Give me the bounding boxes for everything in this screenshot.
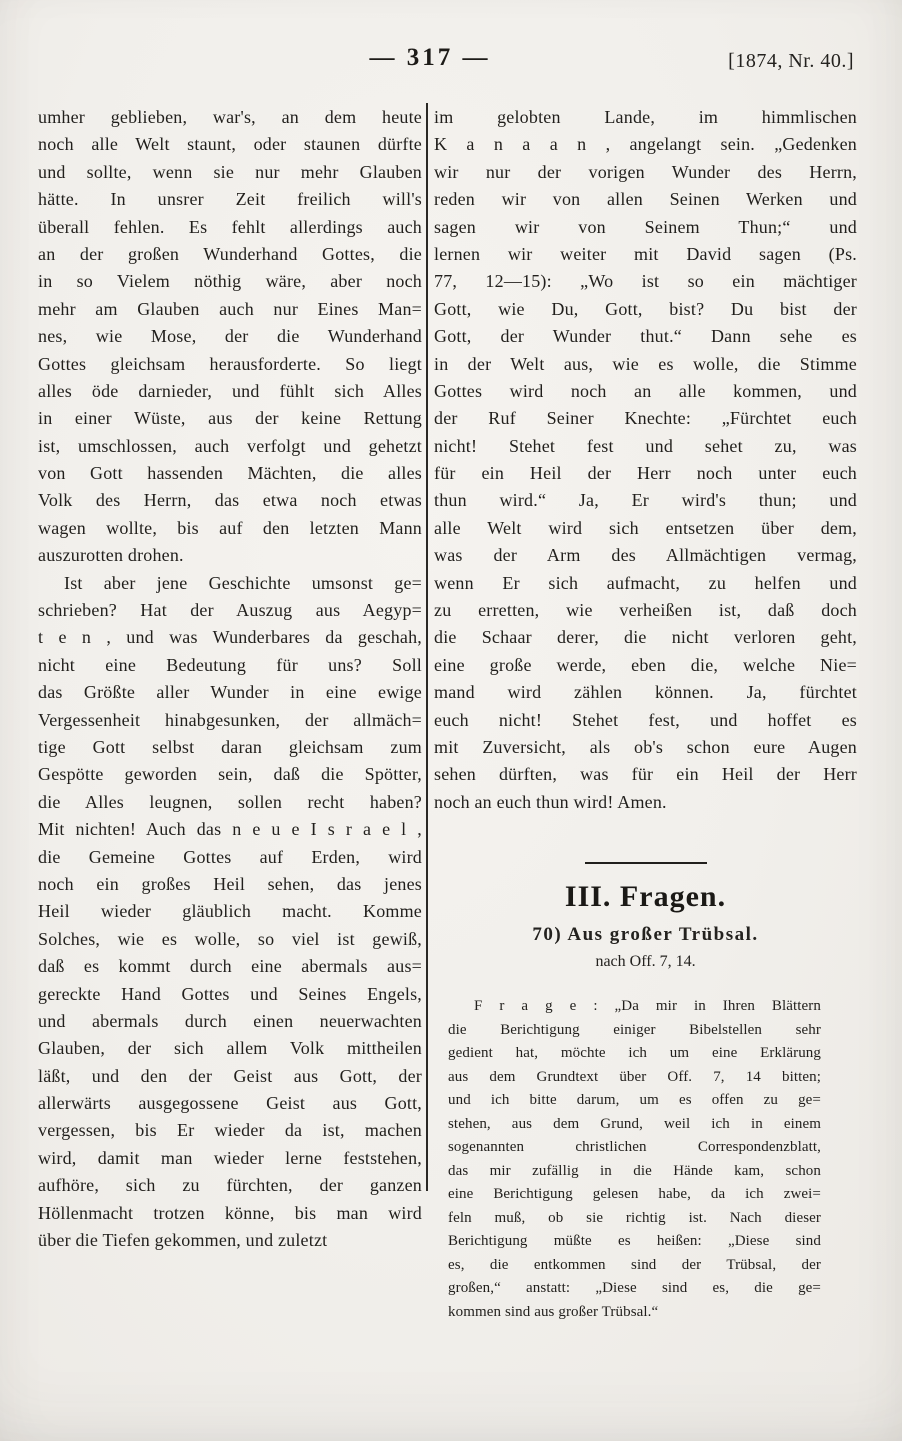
text-line: nicht! Stehet fest und sehet zu, was: [434, 433, 857, 460]
text-line: F r a g e : „Da mir in Ihren Blättern: [448, 995, 821, 1019]
text-line: wenn Er sich aufmacht, zu helfen und: [434, 570, 857, 597]
text-line: K a n a a n , angelangt sein. „Gedenken: [434, 131, 857, 158]
section-reference: nach Off. 7, 14.: [434, 951, 857, 973]
text-line: euch nicht! Stehet fest, und hoffet es: [434, 707, 857, 734]
text-line: daß es kommt durch eine abermals aus=: [38, 953, 422, 980]
text-line: stehen, aus dem Grund, weil ich in einem: [448, 1113, 821, 1137]
text-line: und sollte, wenn sie nur mehr Glauben: [38, 159, 422, 186]
text-line: sogenannten christlichen Correspondenzbl…: [448, 1136, 821, 1160]
text-line: Solches, wie es wolle, so viel ist gewiß…: [38, 926, 422, 953]
text-line: läßt, und den der Geist aus Gott, der: [38, 1063, 422, 1090]
text-line: noch ein großes Heil sehen, das jenes: [38, 871, 422, 898]
paragraph: umher geblieben, war's, an dem heutenoch…: [38, 104, 422, 570]
text-line: reden wir von allen Seinen Werken und: [434, 186, 857, 213]
issue-label: [1874, Nr. 40.]: [728, 50, 854, 73]
sermon-text: im gelobten Lande, im himmlischenK a n a…: [434, 104, 857, 816]
text-line: aus dem Grundtext über Off. 7, 14 bitten…: [448, 1066, 821, 1090]
text-line: für ein Heil der Herr noch unter euch: [434, 460, 857, 487]
text-line: in einer Wüste, aus der keine Rettung: [38, 405, 422, 432]
text-line: Ist aber jene Geschichte umsonst ge=: [38, 570, 422, 597]
text-line: die Alles leugnen, sollen recht haben?: [38, 789, 422, 816]
text-line: eine Berichtigung gelesen habe, da ich z…: [448, 1183, 821, 1207]
paragraph: Ist aber jene Geschichte umsonst ge=schr…: [38, 570, 422, 1255]
section-divider-rule: [585, 862, 707, 864]
text-line: mit Zuversicht, als ob's schon eure Auge…: [434, 734, 857, 761]
text-line: wagen wollte, bis auf den letzten Mann: [38, 515, 422, 542]
text-line: hätte. In unsrer Zeit freilich will's: [38, 186, 422, 213]
text-line: gereckte Hand Gottes und Seines Engels,: [38, 981, 422, 1008]
text-line: vergessen, bis Er wieder da ist, machen: [38, 1117, 422, 1144]
text-line: und abermals durch einen neuerwachten: [38, 1008, 422, 1035]
text-line: thun wird.“ Ja, Er wird's thun; und: [434, 487, 857, 514]
text-line: Vergessenheit hinabgesunken, der allmäch…: [38, 707, 422, 734]
text-line: nicht eine Bedeutung für uns? Soll: [38, 652, 422, 679]
text-line: und ich bitte darum, um es offen zu ge=: [448, 1089, 821, 1113]
text-line: Berichtigung müßte es heißen: „Diese sin…: [448, 1230, 821, 1254]
text-line: die Gemeine Gottes auf Erden, wird: [38, 844, 422, 871]
text-line: Mit nichten! Auch das n e u e I s r a e …: [38, 816, 422, 843]
text-line: Höllenmacht trotzen könne, bis man wird: [38, 1200, 422, 1227]
text-line: mehr am Glauben auch nur Eines Man=: [38, 296, 422, 323]
text-line: 77, 12—15): „Wo ist so ein mächtiger: [434, 268, 857, 295]
text-line: noch alle Welt staunt, oder staunen dürf…: [38, 131, 422, 158]
text-line: umher geblieben, war's, an dem heute: [38, 104, 422, 131]
text-line: das mir zufällig in die Hände kam, schon: [448, 1160, 821, 1184]
text-line: mand wird zählen können. Ja, fürchtet: [434, 679, 857, 706]
scanned-page: — 317 — [1874, Nr. 40.] umher geblieben,…: [0, 0, 902, 1441]
text-line: ist, umschlossen, auch verfolgt und gehe…: [38, 433, 422, 460]
text-line: die Schaar derer, die nicht verloren geh…: [434, 624, 857, 651]
text-line: über die Tiefen gekommen, und zuletzt: [38, 1227, 422, 1254]
paragraph: F r a g e : „Da mir in Ihren Blätterndie…: [448, 995, 821, 1324]
text-line: auszurotten drohen.: [38, 542, 422, 569]
text-line: Gespötte geworden sein, daß die Spötter,: [38, 761, 422, 788]
text-line: lernen wir weiter mit David sagen (Ps.: [434, 241, 857, 268]
text-line: im gelobten Lande, im himmlischen: [434, 104, 857, 131]
paragraph: im gelobten Lande, im himmlischenK a n a…: [434, 104, 857, 816]
text-line: großen,“ anstatt: „Diese sind es, die ge…: [448, 1277, 821, 1301]
text-line: kommen sind aus großer Trübsal.“: [448, 1301, 821, 1325]
text-line: Gottes gleichsam herausforderte. So lieg…: [38, 351, 422, 378]
text-line: alle Welt wird sich entsetzen über dem,: [434, 515, 857, 542]
section-heading: III. Fragen.: [434, 880, 857, 914]
text-line: sagen wir von Seinem Thun;“ und: [434, 214, 857, 241]
text-line: wir nur der vorigen Wunder des Herrn,: [434, 159, 857, 186]
text-line: in so Vielem nöthig wäre, aber noch: [38, 268, 422, 295]
text-line: Gott, wie Du, Gott, bist? Du bist der: [434, 296, 857, 323]
text-line: Heil wieder gläublich macht. Komme: [38, 898, 422, 925]
text-line: an der großen Wunderhand Gottes, die: [38, 241, 422, 268]
text-line: Gottes wird noch an alle kommen, und: [434, 378, 857, 405]
text-line: feln muß, ob sie richtig ist. Nach diese…: [448, 1207, 821, 1231]
text-line: die Berichtigung einiger Bibelstellen se…: [448, 1019, 821, 1043]
text-line: allerwärts ausgegossene Geist aus Gott,: [38, 1090, 422, 1117]
text-line: aufhöre, sich zu fürchten, der ganzen: [38, 1172, 422, 1199]
text-line: das Größte aller Wunder in eine ewige: [38, 679, 422, 706]
text-line: Gott, der Wunder thut.“ Dann sehe es: [434, 323, 857, 350]
text-line: noch an euch thun wird! Amen.: [434, 789, 857, 816]
text-line: tige Gott selbst daran gleichsam zum: [38, 734, 422, 761]
text-line: wird, damit man wieder lerne feststehen,: [38, 1145, 422, 1172]
text-line: t e n , und was Wunderbares da geschah,: [38, 624, 422, 651]
text-line: Volk des Herrn, das etwa noch etwas: [38, 487, 422, 514]
text-line: was der Arm des Allmächtigen vermag,: [434, 542, 857, 569]
question-paragraph: F r a g e : „Da mir in Ihren Blätterndie…: [448, 995, 821, 1324]
text-line: sehen dürften, was für ein Heil der Herr: [434, 761, 857, 788]
text-line: gedient hat, möchte ich um eine Erklärun…: [448, 1042, 821, 1066]
text-line: überall fehlen. Es fehlt allerdings auch: [38, 214, 422, 241]
column-divider-rule: [426, 103, 428, 1191]
right-column: im gelobten Lande, im himmlischenK a n a…: [434, 104, 857, 1324]
text-line: alles öde darnieder, und fühlt sich Alle…: [38, 378, 422, 405]
text-line: eine große werde, eben die, welche Nie=: [434, 652, 857, 679]
text-line: in der Welt aus, wie es wolle, die Stimm…: [434, 351, 857, 378]
text-line: Glauben, der sich allem Volk mittheilen: [38, 1035, 422, 1062]
text-line: es, die entkommen sind der Trübsal, der: [448, 1254, 821, 1278]
text-line: schrieben? Hat der Auszug aus Aegyp=: [38, 597, 422, 624]
text-line: nes, wie Mose, der die Wunderhand: [38, 323, 422, 350]
text-line: von Gott hassenden Mächten, die alles: [38, 460, 422, 487]
left-column: umher geblieben, war's, an dem heutenoch…: [38, 104, 422, 1254]
section-subheading: 70) Aus großer Trübsal.: [434, 922, 857, 948]
text-line: zu erretten, wie verheißen ist, daß doch: [434, 597, 857, 624]
text-line: der Ruf Seiner Knechte: „Fürchtet euch: [434, 405, 857, 432]
